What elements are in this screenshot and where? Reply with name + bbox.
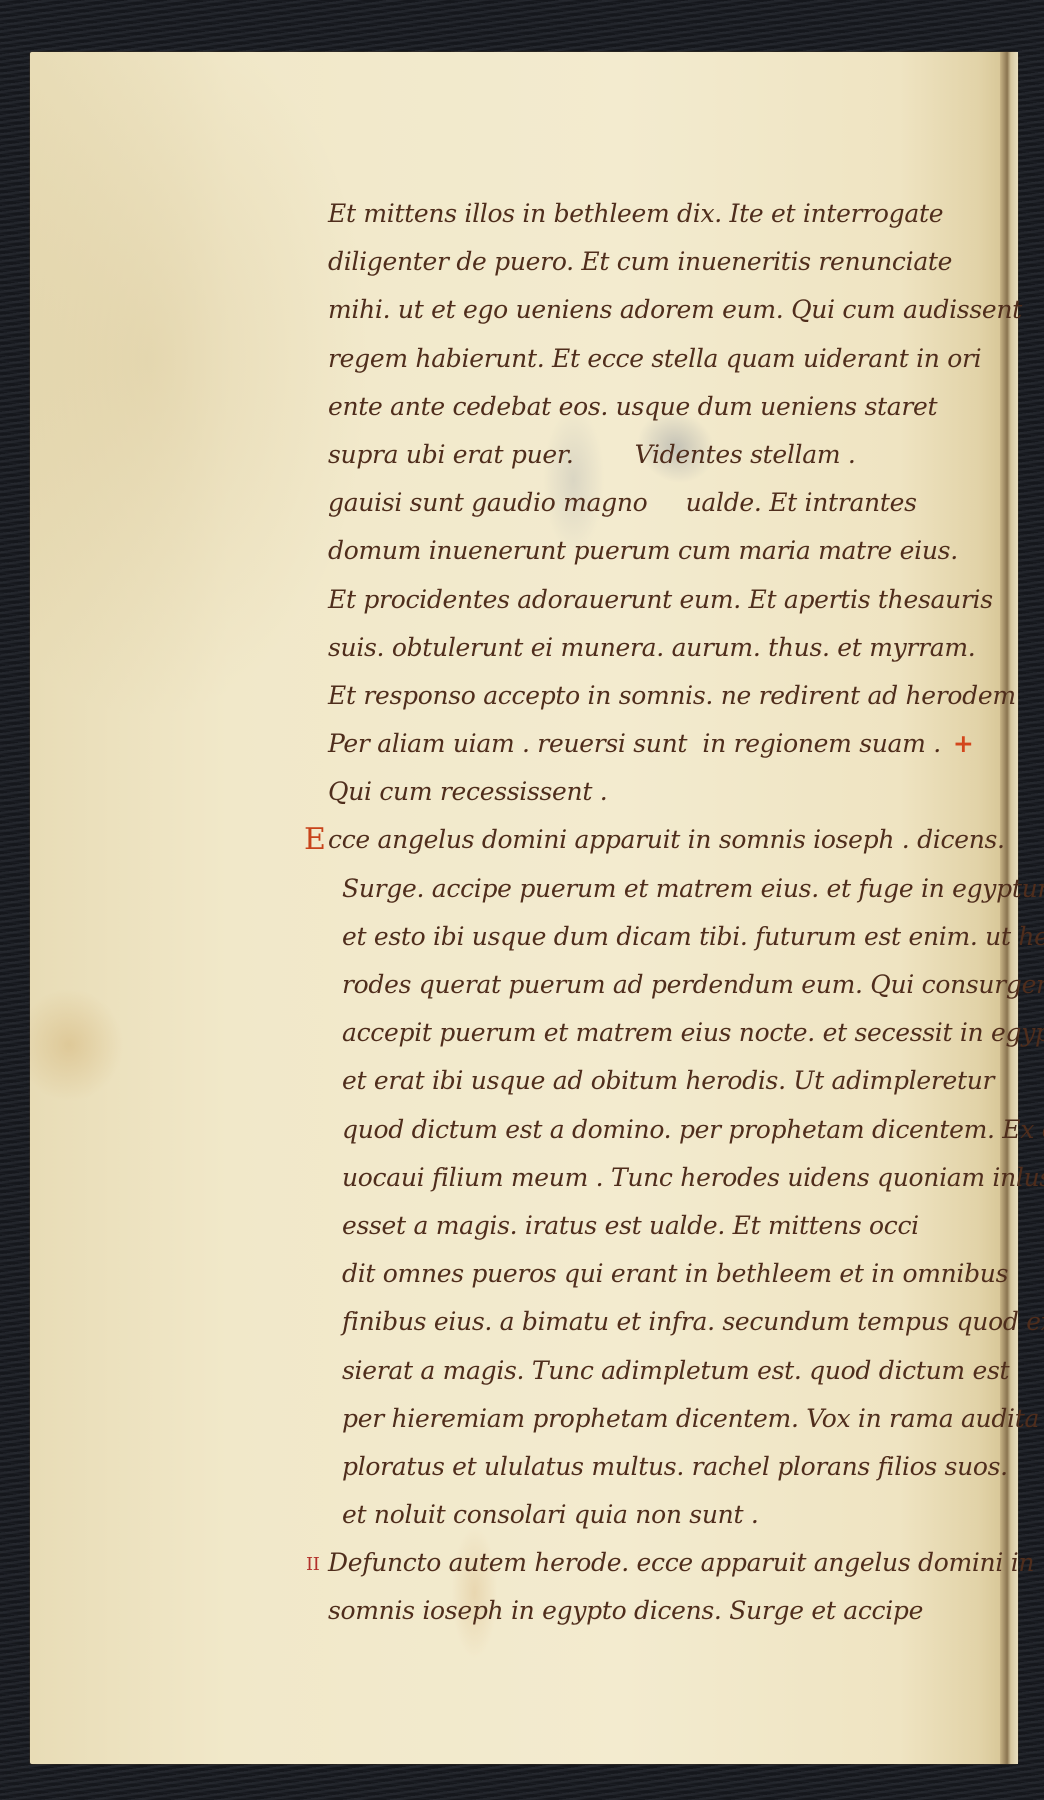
line-text: diligenter de puero. Et cum inueneritis … bbox=[328, 247, 952, 276]
text-line: dit omnes pueros qui erant in bethleem e… bbox=[328, 1250, 1008, 1298]
line-text: regem habierunt. Et ecce stella quam uid… bbox=[328, 344, 981, 373]
text-line: et erat ibi usque ad obitum herodis. Ut … bbox=[328, 1057, 1008, 1105]
text-line: Qui cum recessissent . bbox=[328, 768, 1008, 816]
text-line: regem habierunt. Et ecce stella quam uid… bbox=[328, 335, 1008, 383]
text-line: rodes querat puerum ad perdendum eum. Qu… bbox=[328, 961, 1008, 1009]
line-text: accepit puerum et matrem eius nocte. et … bbox=[342, 1018, 1044, 1047]
red-initial-letter: E bbox=[304, 816, 326, 864]
text-line: accepit puerum et matrem eius nocte. et … bbox=[328, 1009, 1008, 1057]
text-line: uocaui filium meum . Tunc herodes uidens… bbox=[328, 1154, 1008, 1202]
line-text: finibus eius. a bimatu et infra. secundu… bbox=[342, 1307, 1044, 1336]
text-line: mihi. ut et ego ueniens adorem eum. Qui … bbox=[328, 286, 1008, 334]
text-line: Et responso accepto in somnis. ne redire… bbox=[328, 672, 1008, 720]
line-text: domum inuenerunt puerum cum maria matre … bbox=[328, 536, 958, 565]
line-text: ploratus et ululatus multus. rachel plor… bbox=[342, 1452, 1008, 1481]
text-line: et noluit consolari quia non sunt . bbox=[328, 1491, 1008, 1539]
line-text: Defuncto autem herode. ecce apparuit ang… bbox=[328, 1548, 1034, 1577]
line-text: mihi. ut et ego ueniens adorem eum. Qui … bbox=[328, 295, 1022, 324]
manuscript-text-block: Et mittens illos in bethleem dix. Ite et… bbox=[328, 190, 1008, 1636]
text-line: esset a magis. iratus est ualde. Et mitt… bbox=[328, 1202, 1008, 1250]
line-text: uocaui filium meum . Tunc herodes uidens… bbox=[342, 1163, 1044, 1192]
line-text: Et responso accepto in somnis. ne redire… bbox=[328, 681, 1016, 710]
text-line: somnis ioseph in egypto dicens. Surge et… bbox=[328, 1587, 1008, 1635]
text-line: quod dictum est a domino. per prophetam … bbox=[328, 1106, 1008, 1154]
text-line: Et procidentes adorauerunt eum. Et apert… bbox=[328, 576, 1008, 624]
text-line: ploratus et ululatus multus. rachel plor… bbox=[328, 1443, 1008, 1491]
line-text: suis. obtulerunt ei munera. aurum. thus.… bbox=[328, 633, 975, 662]
line-text: sierat a magis. Tunc adimpletum est. quo… bbox=[342, 1356, 1009, 1385]
text-line: Et mittens illos in bethleem dix. Ite et… bbox=[328, 190, 1008, 238]
text-line: gauisi sunt gaudio magno ualde. Et intra… bbox=[328, 479, 1008, 527]
text-line: et esto ibi usque dum dicam tibi. futuru… bbox=[328, 913, 1008, 961]
text-line: ente ante cedebat eos. usque dum ueniens… bbox=[328, 383, 1008, 431]
text-line: suis. obtulerunt ei munera. aurum. thus.… bbox=[328, 624, 1008, 672]
line-text: dit omnes pueros qui erant in bethleem e… bbox=[342, 1259, 1008, 1288]
text-line: supra ubi erat puer. Videntes stellam . bbox=[328, 431, 1008, 479]
text-line: finibus eius. a bimatu et infra. secundu… bbox=[328, 1298, 1008, 1346]
line-text: somnis ioseph in egypto dicens. Surge et… bbox=[328, 1596, 923, 1625]
text-line: sierat a magis. Tunc adimpletum est. quo… bbox=[328, 1347, 1008, 1395]
text-line-rubricated: Ecce angelus domini apparuit in somnis i… bbox=[328, 816, 1008, 864]
red-cross-marker-icon: + bbox=[953, 729, 974, 758]
line-text: supra ubi erat puer. Videntes stellam . bbox=[328, 440, 856, 469]
chapter-number: II bbox=[306, 1541, 320, 1589]
line-text: gauisi sunt gaudio magno ualde. Et intra… bbox=[328, 488, 917, 517]
text-line: diligenter de puero. Et cum inueneritis … bbox=[328, 238, 1008, 286]
text-line-capitulum: IIDefuncto autem herode. ecce apparuit a… bbox=[328, 1539, 1008, 1587]
line-text: et erat ibi usque ad obitum herodis. Ut … bbox=[342, 1066, 994, 1095]
text-line: Per aliam uiam . reuersi sunt in regione… bbox=[328, 720, 1008, 768]
line-text: Surge. accipe puerum et matrem eius. et … bbox=[342, 874, 1044, 903]
line-text: quod dictum est a domino. per prophetam … bbox=[342, 1115, 1044, 1144]
text-line: Surge. accipe puerum et matrem eius. et … bbox=[328, 865, 1008, 913]
line-text: esset a magis. iratus est ualde. Et mitt… bbox=[342, 1211, 919, 1240]
text-line: per hieremiam prophetam dicentem. Vox in… bbox=[328, 1395, 1008, 1443]
line-text: Per aliam uiam . reuersi sunt in regione… bbox=[328, 729, 941, 758]
line-text: et noluit consolari quia non sunt . bbox=[342, 1500, 758, 1529]
line-text: ente ante cedebat eos. usque dum ueniens… bbox=[328, 392, 937, 421]
line-text: Et mittens illos in bethleem dix. Ite et… bbox=[328, 199, 943, 228]
text-line: domum inuenerunt puerum cum maria matre … bbox=[328, 527, 1008, 575]
line-text: rodes querat puerum ad perdendum eum. Qu… bbox=[342, 970, 1044, 999]
line-text: cce angelus domini apparuit in somnis io… bbox=[328, 825, 1005, 854]
line-text: et esto ibi usque dum dicam tibi. futuru… bbox=[342, 922, 1044, 951]
line-text: Et procidentes adorauerunt eum. Et apert… bbox=[328, 585, 993, 614]
line-text: per hieremiam prophetam dicentem. Vox in… bbox=[342, 1404, 1044, 1433]
line-text: Qui cum recessissent . bbox=[328, 777, 607, 806]
